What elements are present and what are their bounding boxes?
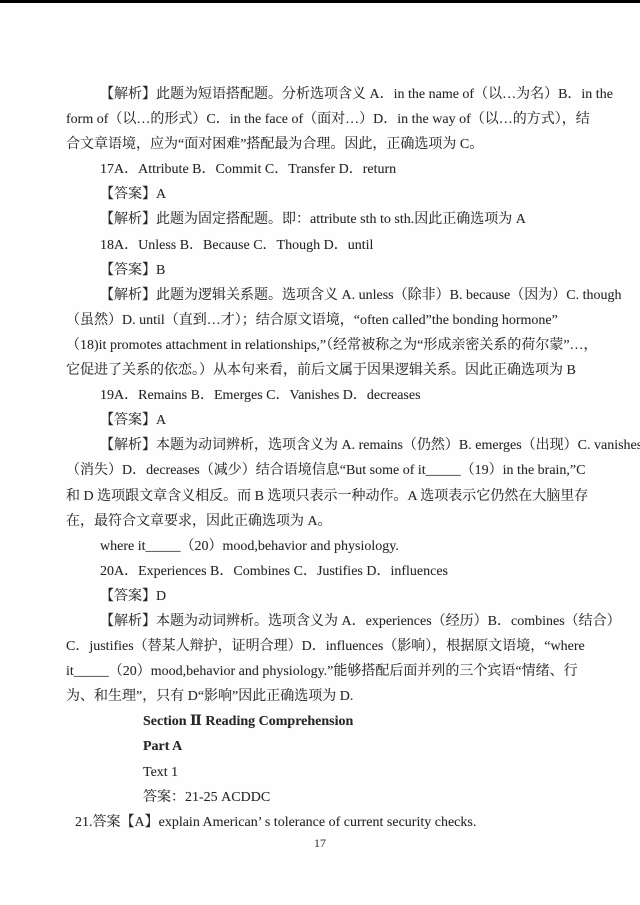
explanation-line: 【解析】本题为动词辨析。选项含义为 A．experiences（经历）B．com… (66, 609, 588, 634)
page-number: 17 (0, 836, 640, 851)
answer-line: 【答案】A (66, 182, 588, 207)
part-heading: Part A (66, 734, 588, 759)
question-18-options: 18A．Unless B．Because C．Though D．until (66, 233, 588, 258)
explanation-line: form of（以…的形式）C．in the face of（面对…）D．in … (66, 107, 588, 132)
text-label: Text 1 (66, 760, 588, 785)
explanation-line: （虽然）D. until（直到…才）；结合原文语境，“often called”… (66, 308, 588, 333)
explanation-line: 为、和生理”，只有 D“影响”因此正确选项为 D. (66, 684, 588, 709)
section-heading: Section Ⅱ Reading Comprehension (66, 709, 588, 734)
question-19-options: 19A．Remains B．Emerges C．Vanishes D．decre… (66, 383, 588, 408)
explanation-line: 和 D 选项跟文章含义相反。而 B 选项只表示一种动作。A 选项表示它仍然在大脑… (66, 484, 588, 509)
question-20-options: 20A．Experiences B．Combines C．Justifies D… (66, 559, 588, 584)
document-body: 【解析】此题为短语搭配题。分析选项含义 A．in the name of（以…为… (66, 82, 588, 835)
explanation-line: 合文章语境，应为“面对困难”搭配最为合理。因此，正确选项为 C。 (66, 132, 588, 157)
explanation-line: C．justifies（替某人辩护，证明合理）D．influences（影响），… (66, 634, 588, 659)
scan-edge-artifact (0, 0, 640, 3)
explanation-line: 【解析】本题为动词辨析，选项含义为 A. remains（仍然）B. emerg… (66, 433, 588, 458)
answer-line: 【答案】A (66, 408, 588, 433)
answer-line: 【答案】D (66, 584, 588, 609)
answer-key-line: 答案：21-25 ACDDC (66, 785, 588, 810)
explanation-line: it_____（20）mood,behavior and physiology.… (66, 659, 588, 684)
explanation-line: 【解析】此题为逻辑关系题。选项含义 A. unless（除非）B. becaus… (66, 283, 588, 308)
answer-line: 【答案】B (66, 258, 588, 283)
explanation-line: 在，最符合文章要求，因此正确选项为 A。 (66, 509, 588, 534)
explanation-line: 【解析】此题为固定搭配题。即：attribute sth to sth.因此正确… (66, 207, 588, 232)
scanned-document-page: 【解析】此题为短语搭配题。分析选项含义 A．in the name of（以…为… (0, 0, 640, 905)
question-21-answer: 21.答案【A】explain American’ s tolerance of… (66, 810, 588, 835)
question-17-options: 17A．Attribute B．Commit C．Transfer D．retu… (66, 157, 588, 182)
explanation-line: （消失）D．decreases（减少）结合语境信息“But some of it… (66, 458, 588, 483)
explanation-line: （18)it promotes attachment in relationsh… (66, 333, 588, 358)
cloze-sentence: where it_____（20）mood,behavior and physi… (66, 534, 588, 559)
explanation-line: 它促进了关系的依恋。）从本句来看，前后文属于因果逻辑关系。因此正确选项为 B (66, 358, 588, 383)
explanation-line: 【解析】此题为短语搭配题。分析选项含义 A．in the name of（以…为… (66, 82, 588, 107)
